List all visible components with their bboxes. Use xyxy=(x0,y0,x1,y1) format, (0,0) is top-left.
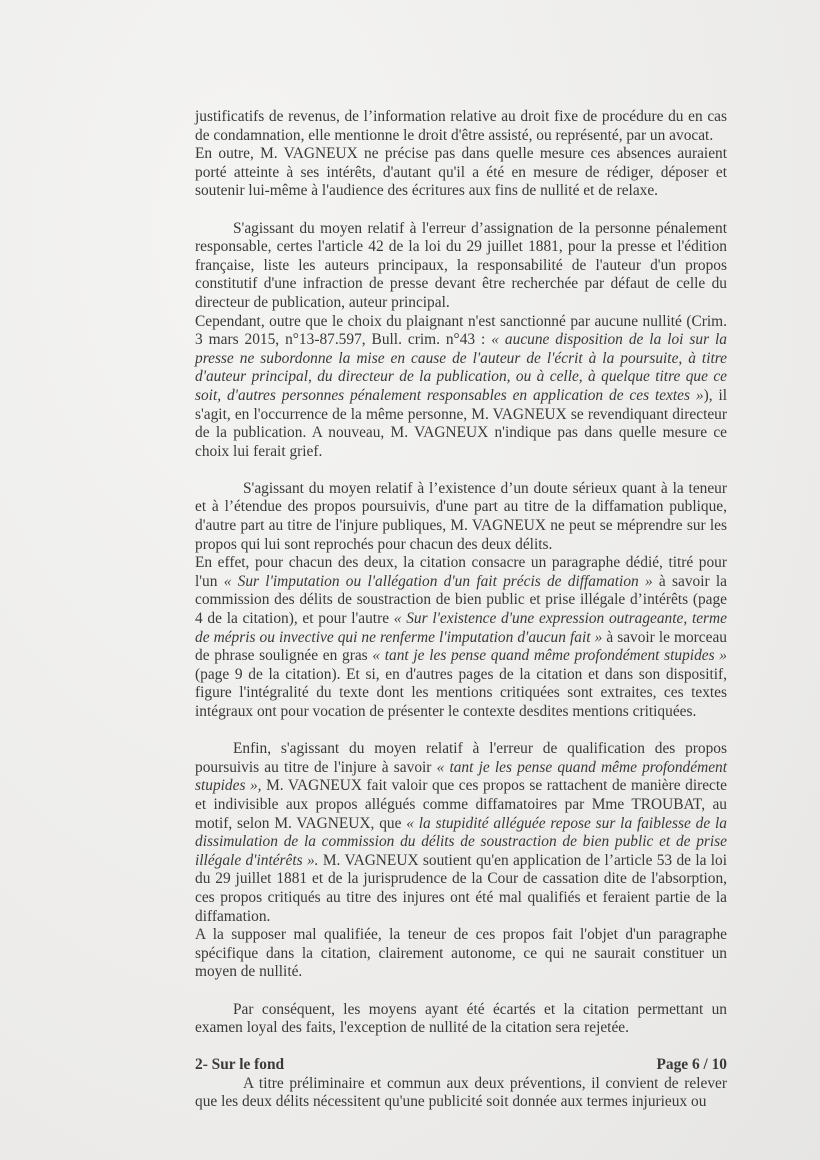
spacer xyxy=(195,201,727,220)
spacer xyxy=(195,982,727,1001)
spacer xyxy=(195,461,727,480)
paragraph-income-proof: justificatifs de revenus, de l’informati… xyxy=(195,108,727,145)
paragraph-serious-doubt: S'agissant du moyen relatif à l’existenc… xyxy=(195,480,727,554)
text-segment: (page 9 de la citation). Et si, en d'aut… xyxy=(195,666,727,720)
spacer xyxy=(195,722,727,741)
paragraph-absence-interests: En outre, M. VAGNEUX ne précise pas dans… xyxy=(195,145,727,201)
paragraph-jurisprudence: Cependant, outre que le choix du plaigna… xyxy=(195,313,727,462)
document-page: justificatifs de revenus, de l’informati… xyxy=(195,108,727,1112)
paragraph-assignation-error: S'agissant du moyen relatif à l'erreur d… xyxy=(195,220,727,313)
paragraph-qualification-error: Enfin, s'agissant du moyen relatif à l'e… xyxy=(195,740,727,926)
quote-stupides: « tant je les pense quand même profondém… xyxy=(372,647,727,664)
paragraph-conclusion: Par conséquent, les moyens ayant été éca… xyxy=(195,1001,727,1038)
spacer xyxy=(195,1038,727,1057)
paragraph-autonomous: A la supposer mal qualifiée, la teneur d… xyxy=(195,926,727,982)
page-number: Page 6 / 10 xyxy=(600,1056,727,1074)
paragraph-preliminary: A titre préliminaire et commun aux deux … xyxy=(195,1075,727,1112)
quote-diffamation-title: « Sur l'imputation ou l'allégation d'un … xyxy=(224,573,653,590)
paragraph-dedicated-sections: En effet, pour chacun des deux, la citat… xyxy=(195,554,727,721)
